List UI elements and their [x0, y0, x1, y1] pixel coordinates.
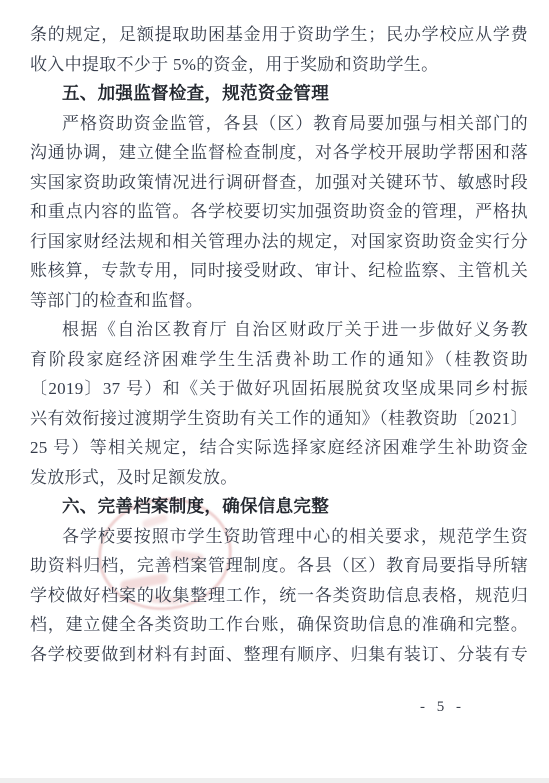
- document-page: 条的规定，足额提取助困基金用于资助学生；民办学校应从学费 收入中提取不少于 5%…: [0, 0, 549, 783]
- section-heading: 六、完善档案制度，确保信息完整: [30, 492, 528, 522]
- text-line: 沟通协调，建立健全监督检查制度，对各学校开展助学帮困和落: [30, 138, 528, 168]
- text-line: 各学校要做到材料有封面、整理有顺序、归集有装订、分装有专: [30, 640, 528, 670]
- text-line: 实国家资助政策情况进行调研督查，加强对关键环节、敏感时段: [30, 168, 528, 198]
- text-line: 育阶段家庭经济困难学生生活费补助工作的通知》（桂教资助: [30, 345, 528, 375]
- section-heading: 五、加强监督检查，规范资金管理: [30, 79, 528, 109]
- document-text-block: 条的规定，足额提取助困基金用于资助学生；民办学校应从学费 收入中提取不少于 5%…: [30, 20, 528, 669]
- scan-edge-artifact: [0, 778, 549, 783]
- text-line: 账核算，专款专用，同时接受财政、审计、纪检监察、主管机关: [30, 256, 528, 286]
- text-line: 发放形式，及时足额发放。: [30, 463, 528, 493]
- text-line: 25 号）等相关规定，结合实际选择家庭经济困难学生补助资金: [30, 433, 528, 463]
- text-line: 收入中提取不少于 5%的资金，用于奖励和资助学生。: [30, 50, 528, 80]
- text-line: 助资料归档，完善档案管理制度。各县（区）教育局要指导所辖: [30, 551, 528, 581]
- text-line: 〔2019〕37 号）和《关于做好巩固拓展脱贫攻坚成果同乡村振: [30, 374, 528, 404]
- text-line: 兴有效衔接过渡期学生资助有关工作的通知》（桂教资助〔2021〕: [30, 404, 528, 434]
- text-line: 各学校要按照市学生资助管理中心的相关要求，规范学生资: [30, 522, 528, 552]
- text-line: 等部门的检查和监督。: [30, 286, 528, 316]
- page-number: - 5 -: [420, 699, 465, 716]
- text-line: 和重点内容的监管。各学校要切实加强资助资金的管理，严格执: [30, 197, 528, 227]
- text-line: 条的规定，足额提取助困基金用于资助学生；民办学校应从学费: [30, 20, 528, 50]
- text-line: 学校做好档案的收集整理工作，统一各类资助信息表格，规范归: [30, 581, 528, 611]
- text-line: 档，建立健全各类资助工作台账，确保资助信息的准确和完整。: [30, 610, 528, 640]
- text-line: 根据《自治区教育厅 自治区财政厅关于进一步做好义务教: [30, 315, 528, 345]
- text-line: 严格资助资金监管，各县（区）教育局要加强与相关部门的: [30, 109, 528, 139]
- text-line: 行国家财经法规和相关管理办法的规定，对国家资助资金实行分: [30, 227, 528, 257]
